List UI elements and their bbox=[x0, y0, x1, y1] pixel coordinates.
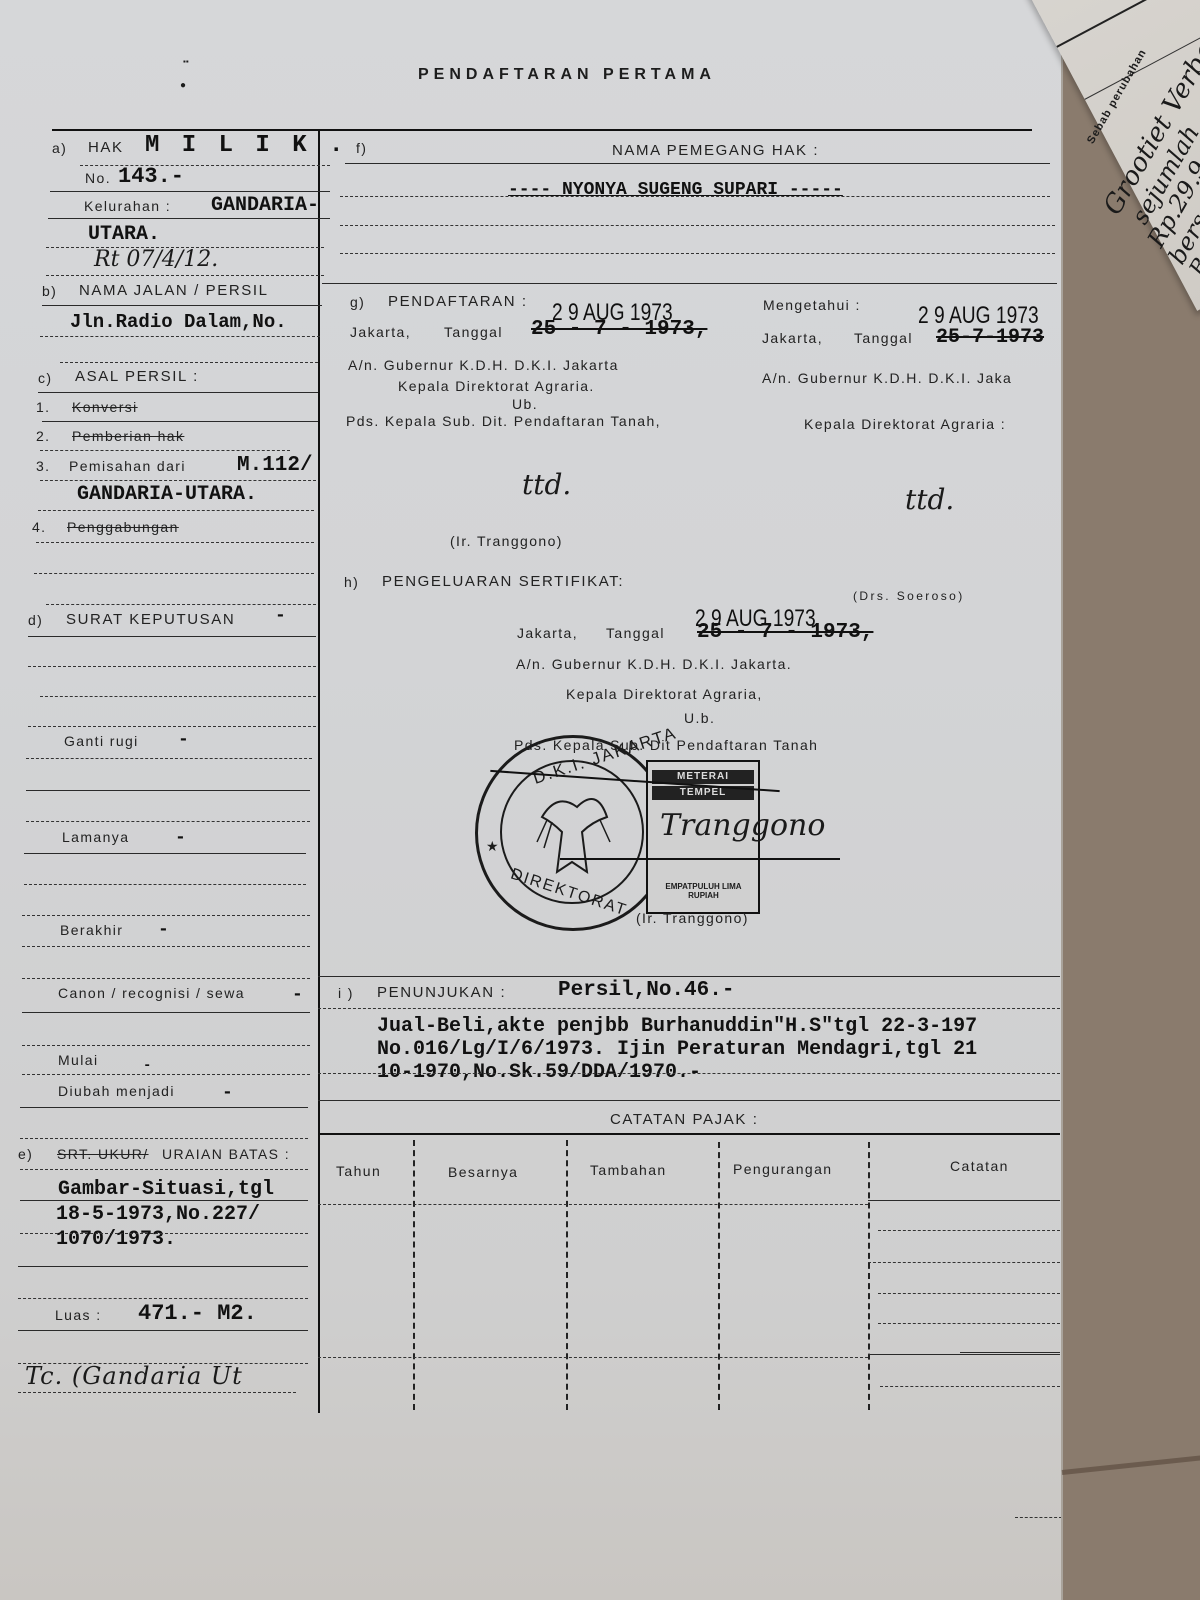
nama-jalan-label: NAMA JALAN / PERSIL bbox=[79, 282, 269, 299]
berakhir-value: - bbox=[158, 920, 169, 940]
surat-keputusan-label: SURAT KEPUTUSAN bbox=[66, 611, 235, 628]
mengetahui-label: Mengetahui : bbox=[763, 297, 861, 313]
rule bbox=[40, 336, 320, 337]
ganti-rugi-label: Ganti rugi bbox=[64, 733, 139, 749]
tax-column-header: Besarnya bbox=[448, 1164, 518, 1180]
section-d-marker: d) bbox=[28, 612, 43, 628]
tax-column-divider bbox=[566, 1140, 568, 1410]
section-a-marker: a) bbox=[52, 140, 67, 156]
handwritten-location-note: Tc. (Gandaria Ut bbox=[25, 1362, 243, 1390]
pemisahan-value-line2: GANDARIA-UTARA. bbox=[77, 483, 257, 506]
tax-row-rule bbox=[318, 1357, 868, 1358]
rule bbox=[18, 1298, 308, 1299]
rule bbox=[28, 666, 316, 667]
rule bbox=[345, 163, 1050, 164]
srt-ukur-label-struck: SRT. UKUR/ bbox=[57, 1146, 149, 1162]
tax-column-header: Tambahan bbox=[590, 1162, 667, 1178]
rule bbox=[1015, 1517, 1062, 1518]
pemisahan-value: M.112/ bbox=[237, 454, 313, 477]
tax-row-rule bbox=[880, 1386, 1060, 1387]
lamanya-value: - bbox=[175, 828, 186, 848]
overlay-rule bbox=[1056, 0, 1200, 48]
pendaftaran-typed-date-struck: 25 - 7 - 1973, bbox=[531, 318, 707, 341]
pendaftaran-line: Kepala Direktorat Agraria. bbox=[398, 378, 595, 394]
tax-column-divider bbox=[718, 1142, 720, 1410]
rule bbox=[20, 1200, 308, 1201]
tax-header-rule bbox=[318, 1204, 868, 1205]
tax-column-header: Pengurangan bbox=[733, 1161, 832, 1177]
rule bbox=[20, 1138, 308, 1139]
rule bbox=[318, 1008, 1060, 1009]
section-e-marker: e) bbox=[18, 1146, 33, 1162]
rule bbox=[318, 976, 1060, 977]
rule bbox=[40, 696, 316, 697]
penunjukan-line: Jual-Beli,akte penjbb Burhanuddin"H.S"tg… bbox=[377, 1015, 977, 1038]
rule bbox=[26, 821, 310, 822]
star-icon: ★ bbox=[486, 838, 499, 855]
duty-stamp-value: EMPATPULUH LIMA RUPIAH bbox=[656, 882, 751, 900]
penunjukan-line: No.016/Lg/I/6/1973. Ijin Peraturan Menda… bbox=[377, 1038, 977, 1061]
kelurahan-value-line2: UTARA. bbox=[88, 223, 160, 246]
ganti-rugi-value: - bbox=[178, 730, 189, 750]
rule bbox=[18, 1266, 308, 1267]
pengeluaran-signature: Tranggono bbox=[660, 808, 825, 843]
rule bbox=[42, 305, 322, 306]
rule bbox=[22, 1045, 310, 1046]
canon-label: Canon / recognisi / sewa bbox=[58, 985, 245, 1001]
asal-item-number: 3. bbox=[36, 458, 50, 474]
tax-column-divider bbox=[868, 1142, 870, 1410]
pengeluaran-place: Jakarta, bbox=[517, 625, 578, 641]
asal-item-number: 4. bbox=[32, 519, 46, 535]
ink-speck: ● bbox=[180, 80, 186, 91]
signature-stroke bbox=[560, 858, 840, 860]
rule bbox=[26, 790, 310, 791]
rule bbox=[18, 1330, 308, 1331]
lamanya-label: Lamanya bbox=[62, 829, 129, 845]
asal-item-number: 2. bbox=[36, 428, 50, 444]
tax-row-rule bbox=[878, 1230, 1060, 1231]
penunjukan-value: Persil,No.46.- bbox=[558, 979, 734, 1002]
berakhir-label: Berakhir bbox=[60, 922, 123, 938]
mulai-value: - bbox=[143, 1058, 151, 1074]
mengetahui-signatory: (Drs. Soeroso) bbox=[853, 589, 965, 603]
penunjukan-label: PENUNJUKAN : bbox=[377, 984, 506, 1001]
nama-jalan-value: Jln.Radio Dalam,No. bbox=[70, 311, 287, 333]
rule bbox=[40, 450, 290, 451]
rule bbox=[46, 275, 324, 276]
luas-value: 471.- M2. bbox=[138, 1301, 257, 1326]
certificate-page: ▪▪ ● PENDAFTARAN PERTAMA a) HAK M I L I … bbox=[0, 0, 1062, 1600]
rule bbox=[24, 853, 306, 854]
asal-persil-label: ASAL PERSIL : bbox=[75, 368, 199, 385]
rule bbox=[38, 510, 314, 511]
pendaftaran-line: Pds. Kepala Sub. Dit. Pendaftaran Tanah, bbox=[346, 413, 661, 429]
rule bbox=[26, 758, 312, 759]
rule bbox=[46, 604, 316, 605]
rule bbox=[318, 1073, 1060, 1074]
hak-label: HAK bbox=[88, 139, 124, 156]
nama-pemegang-hak-value: ---- NYONYA SUGENG SUPARI ----- bbox=[508, 180, 843, 200]
section-g-marker: g) bbox=[350, 294, 365, 310]
mengetahui-place: Jakarta, bbox=[762, 330, 823, 346]
tax-row-rule bbox=[878, 1323, 1060, 1324]
pengeluaran-line: U.b. bbox=[684, 710, 715, 726]
mengetahui-line: A/n. Gubernur K.D.H. D.K.I. Jaka bbox=[762, 370, 1012, 386]
column-divider bbox=[318, 131, 320, 1413]
rule bbox=[50, 191, 330, 192]
rule bbox=[22, 1074, 310, 1075]
rule bbox=[22, 1012, 310, 1013]
rule bbox=[340, 225, 1055, 226]
pengeluaran-signatory: (Ir. Tranggono) bbox=[636, 910, 749, 926]
uraian-batas-line2: 18-5-1973,No.227/ bbox=[56, 1202, 260, 1227]
rule bbox=[20, 1169, 308, 1170]
mengetahui-tanggal-label: Tanggal bbox=[854, 330, 913, 346]
section-i-marker: i ) bbox=[338, 985, 354, 1001]
rule bbox=[24, 884, 306, 885]
pendaftaran-signatory: (Ir. Tranggono) bbox=[450, 533, 563, 549]
rule bbox=[22, 978, 310, 979]
asal-item-konversi: Konversi bbox=[72, 399, 138, 415]
section-c-marker: c) bbox=[38, 370, 52, 386]
page-edge bbox=[1061, 0, 1063, 1600]
pendaftaran-place: Jakarta, bbox=[350, 324, 411, 340]
pengeluaran-line: Kepala Direktorat Agraria, bbox=[566, 686, 763, 702]
rule bbox=[20, 1107, 308, 1108]
mengetahui-signature: ttd. bbox=[905, 483, 954, 516]
uraian-batas-line1: Gambar-Situasi,tgl bbox=[58, 1177, 274, 1202]
rule bbox=[340, 196, 1050, 197]
rule bbox=[960, 1352, 1060, 1353]
section-b-marker: b) bbox=[42, 283, 57, 299]
rule bbox=[22, 946, 310, 947]
rule bbox=[20, 1233, 308, 1234]
ink-speck: ▪▪ bbox=[183, 57, 189, 66]
number-label: No. bbox=[85, 170, 111, 186]
rule bbox=[48, 218, 330, 219]
rule bbox=[38, 392, 318, 393]
pendaftaran-signature: ttd. bbox=[522, 468, 571, 501]
tax-column-header: Tahun bbox=[336, 1163, 381, 1179]
rule bbox=[28, 726, 316, 727]
catatan-pajak-title: CATATAN PAJAK : bbox=[610, 1111, 758, 1128]
nama-pemegang-hak-label: NAMA PEMEGANG HAK : bbox=[612, 142, 819, 159]
rule bbox=[340, 253, 1055, 254]
mengetahui-typed-date-struck: 25-7-1973 bbox=[936, 326, 1044, 349]
rule bbox=[28, 636, 316, 637]
rule bbox=[318, 1100, 1060, 1101]
handwritten-rt-note: Rt 07/4/12. bbox=[94, 247, 218, 272]
pengeluaran-line: A/n. Gubernur K.D.H. D.K.I. Jakarta. bbox=[516, 656, 792, 672]
uraian-batas-line3: 1070/1973. bbox=[56, 1227, 176, 1252]
asal-item-pemberian-hak: Pemberian hak bbox=[72, 428, 184, 444]
number-value: 143.- bbox=[118, 164, 184, 189]
mengetahui-line: Kepala Direktorat Agraria : bbox=[804, 416, 1006, 432]
diubah-value: - bbox=[222, 1083, 233, 1103]
pengeluaran-typed-date-struck: 25 - 7 - 1973, bbox=[697, 621, 873, 644]
rule bbox=[322, 283, 1057, 284]
page-title: PENDAFTARAN PERTAMA bbox=[418, 66, 716, 84]
luas-label: Luas : bbox=[55, 1307, 102, 1323]
mulai-label: Mulai bbox=[58, 1052, 98, 1068]
asal-item-number: 1. bbox=[36, 399, 50, 415]
background-crack bbox=[1062, 1455, 1200, 1475]
tax-row-rule bbox=[868, 1354, 1060, 1355]
rule bbox=[34, 573, 314, 574]
rule bbox=[18, 1392, 296, 1393]
rule bbox=[42, 421, 318, 422]
pengeluaran-tanggal-label: Tanggal bbox=[606, 625, 665, 641]
tax-column-header: Catatan bbox=[950, 1158, 1009, 1174]
dki-jakarta-seal: D.K.I. JAKARTA DIREKTORAT ★ bbox=[475, 735, 671, 931]
section-h-marker: h) bbox=[344, 574, 359, 590]
section-f-marker: f) bbox=[356, 140, 367, 156]
pengeluaran-sertifikat-label: PENGELUARAN SERTIFIKAT: bbox=[382, 573, 624, 590]
rule bbox=[60, 362, 318, 363]
kelurahan-value-line1: GANDARIA- bbox=[211, 194, 319, 217]
pendaftaran-tanggal-label: Tanggal bbox=[444, 324, 503, 340]
uraian-batas-label: URAIAN BATAS : bbox=[162, 1146, 290, 1162]
tax-header-rule bbox=[868, 1200, 1060, 1201]
canon-value: - bbox=[292, 985, 303, 1005]
kelurahan-label: Kelurahan : bbox=[84, 198, 171, 214]
pendaftaran-line: A/n. Gubernur K.D.H. D.K.I. Jakarta bbox=[348, 357, 619, 373]
rule bbox=[22, 915, 310, 916]
hak-value: M I L I K . bbox=[145, 132, 347, 159]
rule bbox=[318, 1133, 1060, 1135]
tax-row-rule bbox=[878, 1293, 1060, 1294]
diubah-label: Diubah menjadi bbox=[58, 1083, 175, 1099]
rule bbox=[40, 480, 316, 481]
asal-item-penggabungan: Penggabungan bbox=[67, 519, 179, 535]
surat-keputusan-value: - bbox=[275, 606, 286, 626]
pendaftaran-label: PENDAFTARAN : bbox=[388, 293, 528, 310]
pendaftaran-line: Ub. bbox=[512, 396, 538, 412]
tax-column-divider bbox=[413, 1140, 415, 1410]
asal-item-pemisahan: Pemisahan dari bbox=[69, 458, 186, 474]
top-rule bbox=[52, 129, 1032, 131]
tax-row-rule bbox=[868, 1262, 1060, 1263]
rule bbox=[36, 542, 314, 543]
